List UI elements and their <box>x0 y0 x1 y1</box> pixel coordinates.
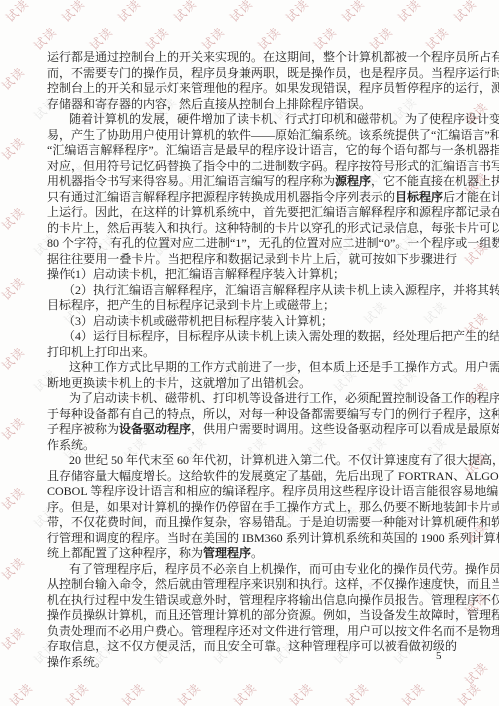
watermark: 试读 <box>0 553 28 583</box>
text-line: 随着计算机的发展，硬件增加了读卡机、行式打印机和磁带机。为了使程序设计变得容 <box>47 112 457 128</box>
text-line: 作系统。 <box>47 438 457 454</box>
watermark: 试读 <box>398 679 428 706</box>
watermark: 试读 <box>0 413 28 443</box>
text-line: 的卡片上，然后再装入和执行。这种特制的卡片以穿孔的形式记录信息，每张卡片可以记录 <box>47 221 457 237</box>
watermark: 试读 <box>0 623 28 653</box>
text-line: （2）执行汇编语言解释程序，汇编语言解释程序从读卡机上读入源程序，并将其转换成 <box>47 283 457 299</box>
watermark: 试读 <box>0 483 28 513</box>
text-line: 带，不仅花费时间，而且操作复杂，容易错乱。于是迫切需要一种能对计算机硬件和软件进 <box>47 515 457 531</box>
watermark: 试读 <box>174 679 204 706</box>
text-line: 目标程序，把产生的目标程序记录到卡片上或磁带上； <box>47 298 457 314</box>
text-line: 存储器和寄存器的内容，然后直接从控制台上排除程序错误。 <box>47 97 457 113</box>
watermark: 试读 <box>0 273 28 303</box>
watermark: 试读 <box>338 0 368 26</box>
text-line: 运行都是通过控制台上的开关来实现的。在这期间，整个计算机都被一个程序员所占有。因 <box>47 50 457 66</box>
watermark: 试读 <box>62 679 92 706</box>
text-line: 行管理和调度的程序。当时在美国的 IBM360 系列计算机系统和英国的 1900… <box>47 531 457 547</box>
text-line: 只有通过汇编语言解释程序把源程序转换成用机器指令序列表示的目标程序后才能在计算机 <box>47 190 457 206</box>
text-line: 且存储容量大幅度增长。这给软件的发展奠定了基础，先后出现了 FORTRAN、AL… <box>47 469 457 485</box>
body-text: 运行都是通过控制台上的开关来实现的。在这期间，整个计算机都被一个程序员所占有。因… <box>47 50 457 655</box>
text-line: 控制台上的开关和显示灯来管理他的程序。如果发现错误，程序员暂停程序的运行，测试主 <box>47 81 457 97</box>
text-line: COBOL 等程序设计语言和相应的编译程序。程序员用这些程序设计语言能很容易地编… <box>47 484 457 500</box>
watermark: 试读 <box>230 679 260 706</box>
text-line: 从控制台输入命令，然后就由管理程序来识别和执行。这样，不仅操作速度快，而且当计算 <box>47 577 457 593</box>
watermark: 试读 <box>461 658 491 688</box>
text-line: 操作员操纵计算机，而且还管理计算机的部分资源。例如，当设备发生故障时，管理程序将 <box>47 608 457 624</box>
text-line: 而，不需要专门的操作员，程序员身兼两职，既是操作员，也是程序员。当程序运行时通过 <box>47 66 457 82</box>
text-line: 上运行。因此，在这样的计算机系统中，首先要把汇编语言解释程序和源程序都记录在特制 <box>47 205 457 221</box>
watermark: 试读 <box>226 0 256 26</box>
text-line: （3）启动读卡机或磁带机把目标程序装入计算机； <box>47 314 457 330</box>
watermark: 试读 <box>114 0 144 26</box>
page-number: 5 <box>436 650 442 662</box>
watermark: 试读 <box>0 133 28 163</box>
text-line: 存取信息，这不仅方便灵活，而且安全可靠。这种管理程序可以被看做初级的操作系统。 <box>47 639 457 655</box>
text-line: 负责处理而不必用户费心。管理程序还对文件进行管理，用户可以按文件名而不是物理地址 <box>47 624 457 640</box>
text-line: （4）运行目标程序，目标程序从读卡机上读入需处理的数据，经处理后把产生的结果从 <box>47 329 457 345</box>
watermark: 试读 <box>450 0 480 26</box>
watermark: 试读 <box>0 63 28 93</box>
text-line: 统上都配置了这种程序，称为管理程序。 <box>47 546 457 562</box>
text-line: 为了启动读卡机、磁带机、打印机等设备进行工作，必须配置控制设备工作的程序。由 <box>47 391 457 407</box>
text-line: 机在执行过程中发生错误或意外时，管理程序将输出信息向操作员报告。管理程序不仅协助 <box>47 593 457 609</box>
text-line: 断地更换读卡机上的卡片，这就增加了出错机会。 <box>47 376 457 392</box>
text-line: “汇编语言解释程序”。汇编语言是最早的程序设计语言，它的每个语句都与一条机器指令… <box>47 143 457 159</box>
watermark: 试读 <box>0 203 28 233</box>
watermark: 试读 <box>394 0 424 26</box>
text-line: 打印机上打印出来。 <box>47 345 457 361</box>
document-page: 试读试读试读试读试读试读试读试读试读试读试读试读试读试读试读试读试读试读试读试读… <box>0 0 499 706</box>
text-line: 于每种设备都有自己的特点，所以，对每一种设备都需要编写专门的例行子程序，这种例行 <box>47 407 457 423</box>
watermark: 试读 <box>170 0 200 26</box>
text-line: 据往往要用一叠卡片。当把程序和数据记录到卡片上后，就可按如下步骤进行操作： <box>47 252 457 268</box>
watermark: 试读 <box>58 0 88 26</box>
text-line: 这种工作方式比早期的工作方式前进了一步，但本质上还是手工操作方式。用户需要不 <box>47 360 457 376</box>
text-line: 有了管理程序后，程序员不必亲自上机操作，而可由专业化的操作员代劳。操作员只要 <box>47 562 457 578</box>
watermark: 试读 <box>454 679 484 706</box>
watermark: 试读 <box>2 0 32 26</box>
watermark: 试读 <box>6 679 36 706</box>
text-line: 子程序被称为设备驱动程序，供用户需要时调用。这些设备驱动程序可以看成是最原始的操 <box>47 422 457 438</box>
text-line: 80 个字符，有孔的位置对应二进制“1”，无孔的位置对应二进制“0”。一个程序或… <box>47 236 457 252</box>
text-line: 易，产生了协助用户使用计算机的软件——原始汇编系统。该系统提供了“汇编语言”和 <box>47 128 457 144</box>
text-line: 序。但是，如果对计算机的操作仍停留在手工操作方式上，那么仍要不断地装卸卡片或磁 <box>47 500 457 516</box>
watermark: 试读 <box>282 0 312 26</box>
text-line: 用机器指令书写来得容易。用汇编语言编写的程序称为源程序，它不能直接在机器上执行， <box>47 174 457 190</box>
text-line: 对应，但用符号记忆码替换了指令中的二进制数字码。程序按符号形式的汇编语言书写要比 <box>47 159 457 175</box>
text-line: 20 世纪 50 年代末至 60 年代初，计算机进入第二代。不仅计算速度有了很大… <box>47 453 457 469</box>
watermark: 试读 <box>0 343 28 373</box>
text-line: （1）启动读卡机，把汇编语言解释程序装入计算机； <box>47 267 457 283</box>
watermark: 试读 <box>118 679 148 706</box>
watermark: 试读 <box>286 679 316 706</box>
watermark: 试读 <box>342 679 372 706</box>
